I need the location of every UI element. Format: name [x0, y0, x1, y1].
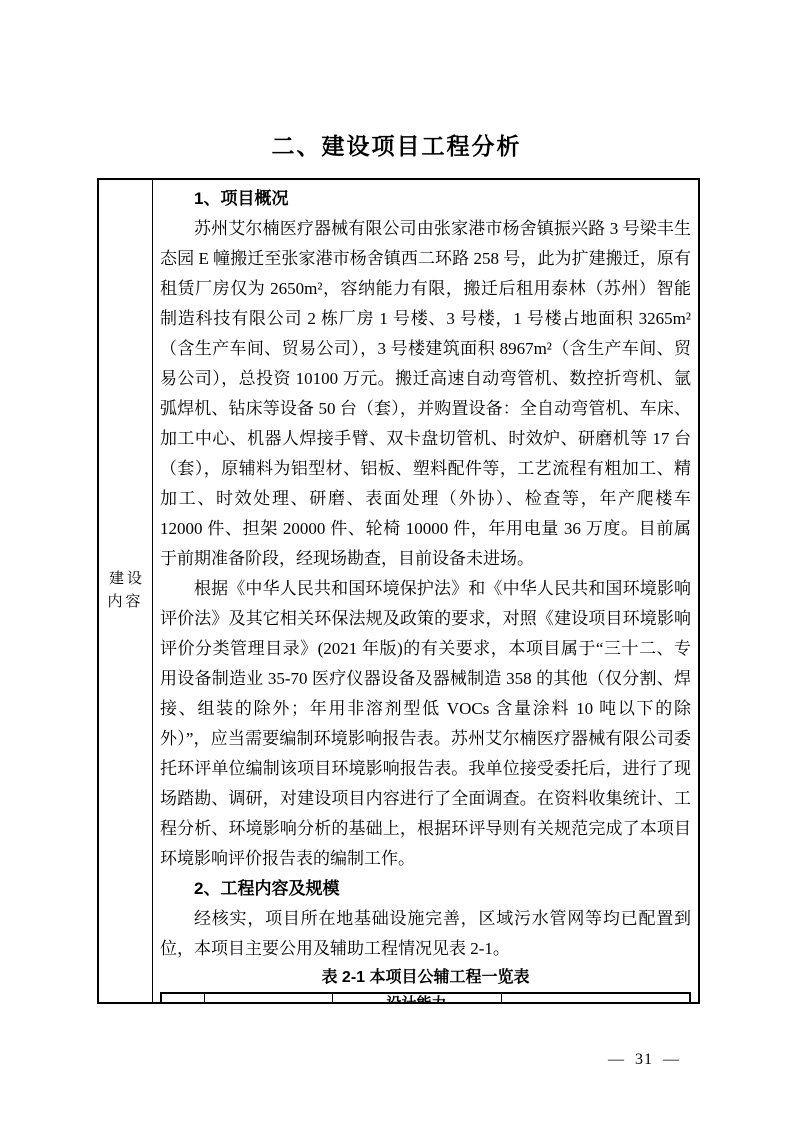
utility-table-header-row-1: 类别 建设名称 设计能力 备注	[161, 993, 690, 1002]
paragraph-regulation-basis: 根据《中华人民共和国环境保护法》和《中华人民共和国环境影响评价法》及其它相关环保…	[160, 574, 691, 874]
document-page: { "page": { "title": "二、建设项目工程分析", "page…	[0, 0, 793, 1122]
section-1-heading: 1、项目概况	[160, 184, 691, 214]
section-2-heading: 2、工程内容及规模	[160, 874, 691, 904]
paragraph-project-overview: 苏州艾尔楠医疗器械有限公司由张家港市杨舍镇振兴路 3 号梁丰生态园 E 幢搬迁至…	[160, 214, 691, 574]
page-number: — 31 —	[608, 1051, 680, 1069]
utility-works-table: 类别 建设名称 设计能力 备注 迁建前 迁建后 增减量 主体 生产 3 号楼-1…	[160, 992, 691, 1002]
header-category: 类别	[161, 993, 204, 1002]
construction-content-cell: 1、项目概况 苏州艾尔楠医疗器械有限公司由张家港市杨舍镇振兴路 3 号梁丰生态园…	[153, 180, 698, 1002]
header-remark: 备注	[501, 993, 690, 1002]
paragraph-project-scale: 经核实，项目所在地基础设施完善，区域污水管网等均已配置到位，本项目主要公用及辅助…	[160, 904, 691, 964]
utility-table-title: 表 2-1 本项目公辅工程一览表	[160, 965, 691, 991]
header-construction-name: 建设名称	[204, 993, 332, 1002]
construction-content-table: 建设 内容 1、项目概况 苏州艾尔楠医疗器械有限公司由张家港市杨舍镇振兴路 3 …	[97, 178, 700, 1004]
page-title: 二、建设项目工程分析	[0, 128, 793, 161]
header-design-capacity: 设计能力	[332, 993, 501, 1002]
row-header-construction-content: 建设 内容	[99, 180, 153, 1002]
